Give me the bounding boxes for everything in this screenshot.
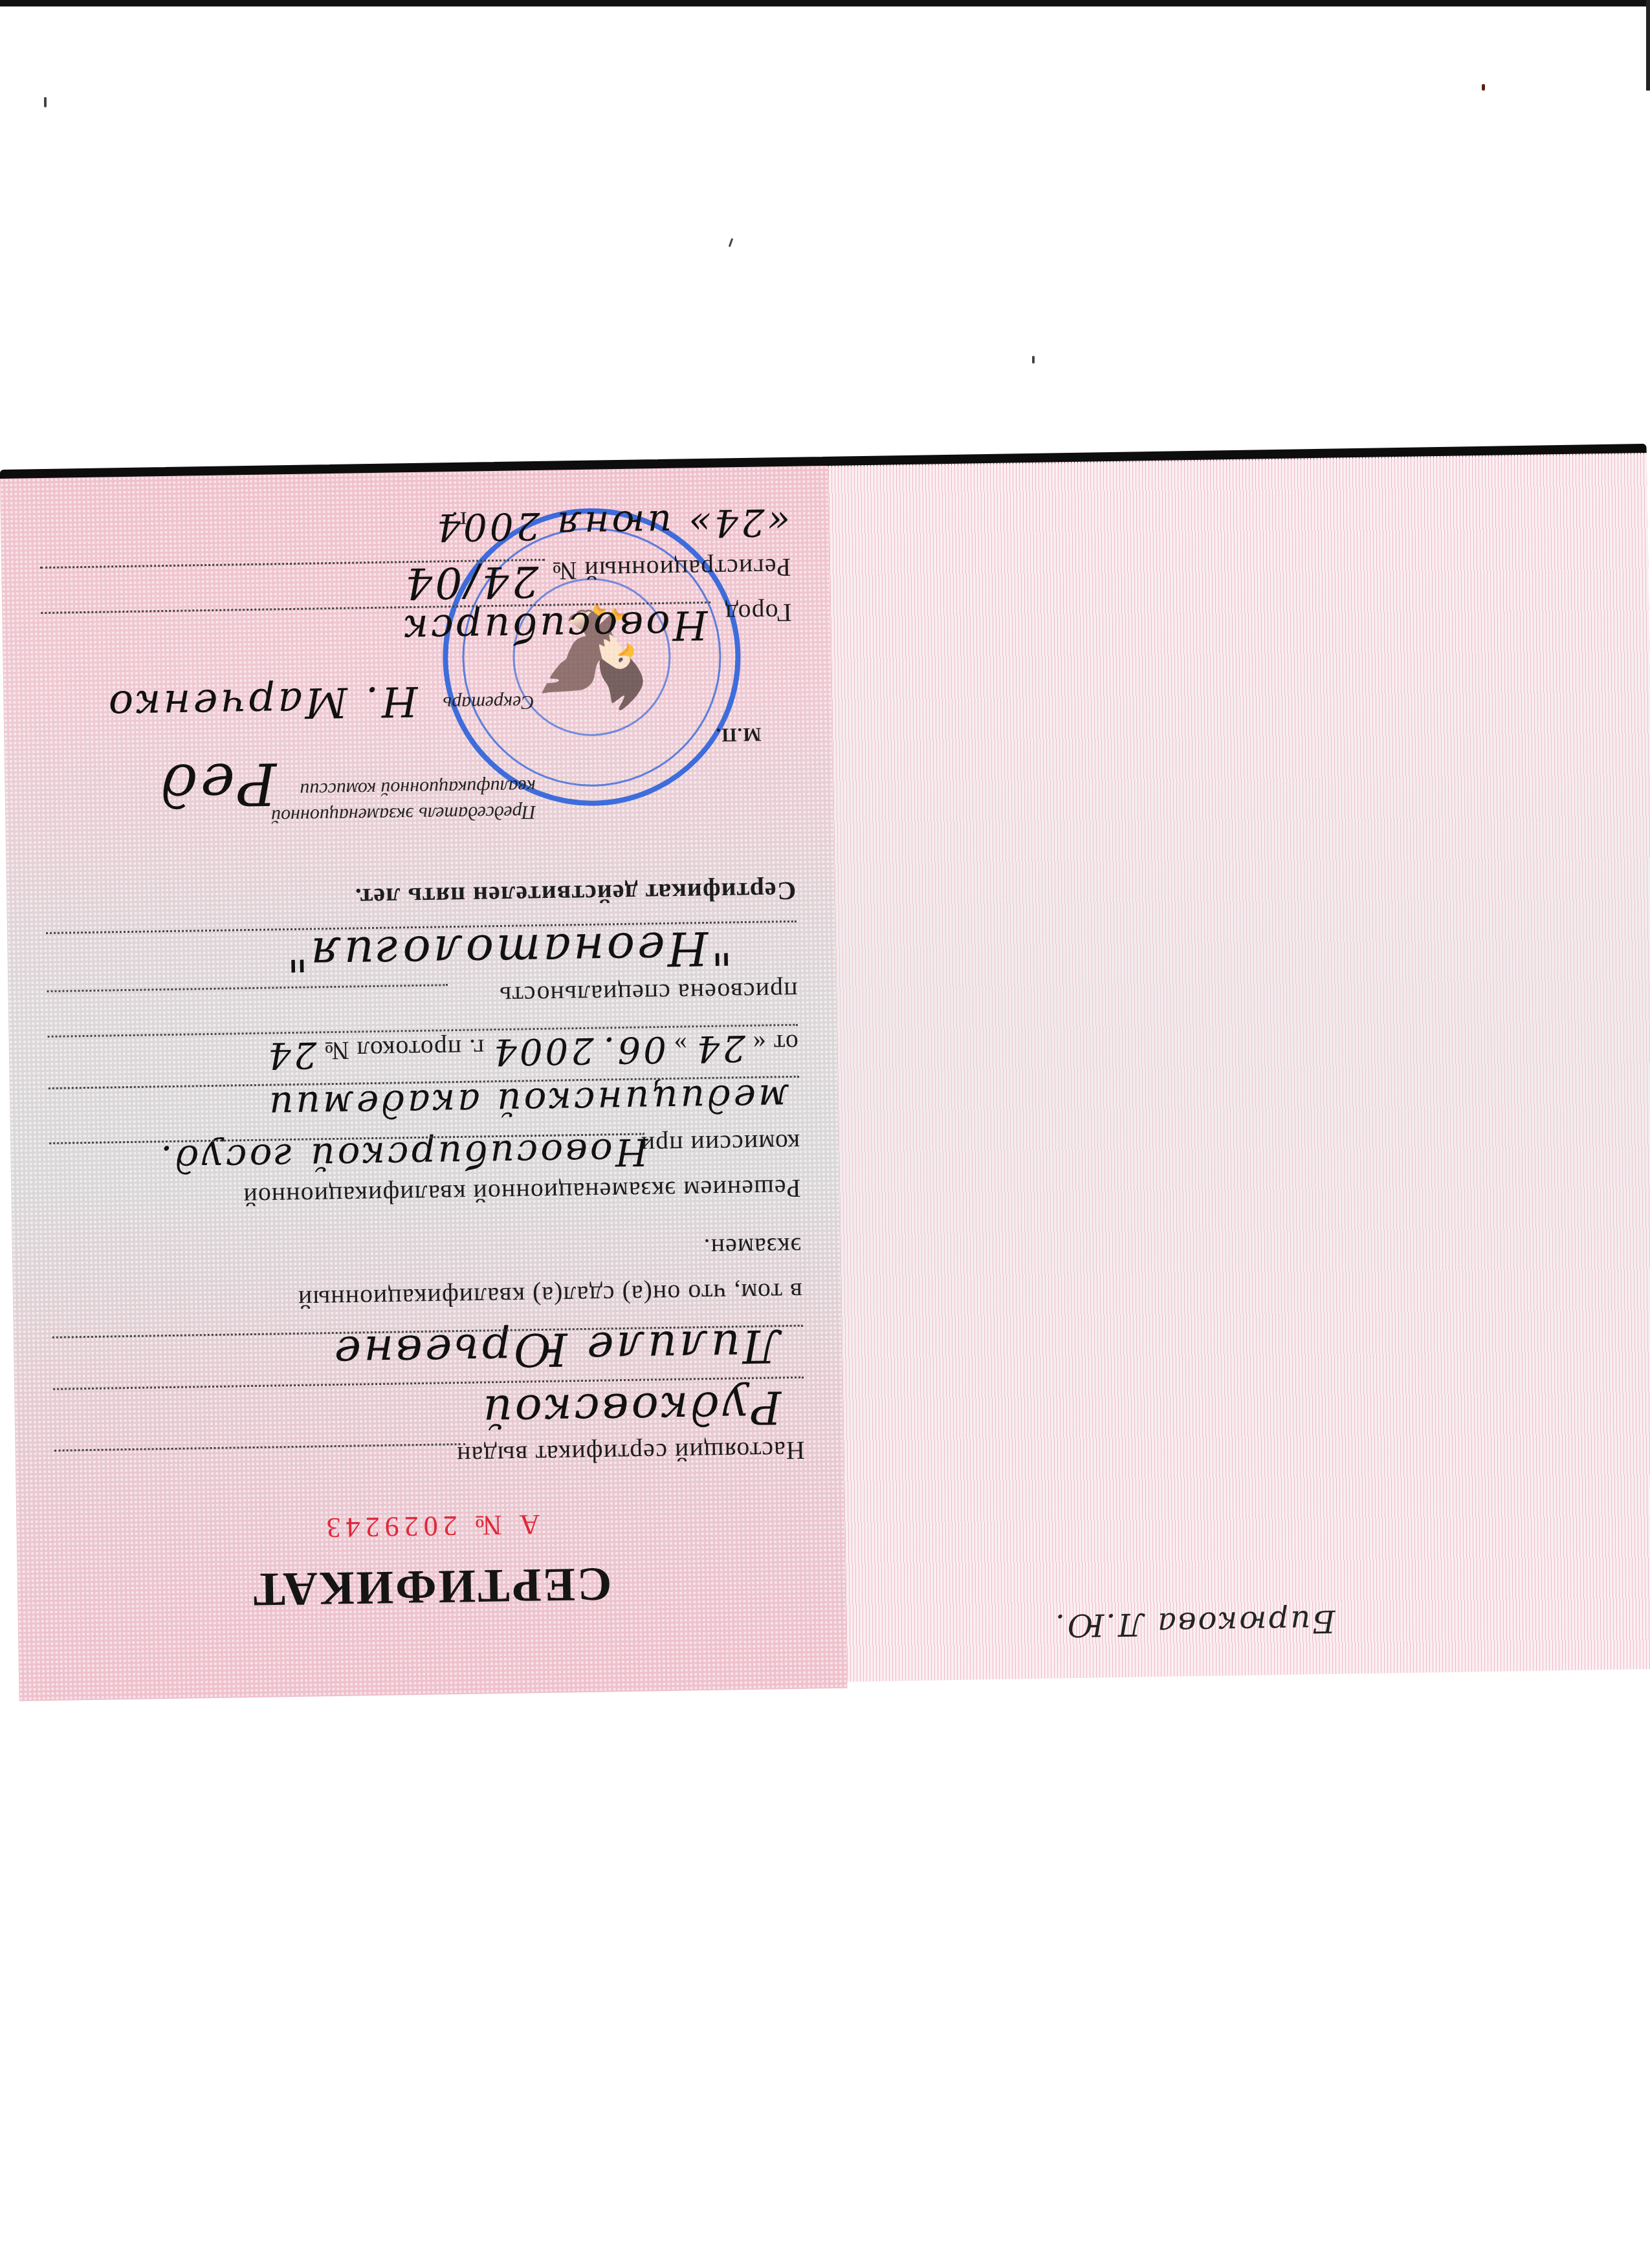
secretary-signature: Н. Марченко: [105, 677, 418, 730]
serial-number: А № 2029243: [16, 1503, 845, 1549]
certificate-right-page: Бирюкова Л.Ю.: [828, 453, 1650, 1682]
specialty-label: присвоена специальность: [47, 976, 798, 1018]
protocol-day: 24: [694, 1027, 745, 1069]
certificate-spread: СЕРТИФИКАТ А № 2029243 Настоящий сертифи…: [0, 453, 1650, 1727]
registration-value: 24/04: [402, 556, 539, 608]
protocol-mid: г. протокол №: [324, 1034, 484, 1065]
issued-label: Настоящий сертификат выдан: [54, 1435, 806, 1477]
certificate-left-page: СЕРТИФИКАТ А № 2029243 Настоящий сертифи…: [0, 466, 848, 1701]
protocol-prefix: от «: [753, 1029, 799, 1059]
protocol-month: 06.: [600, 1028, 666, 1071]
protocol-number: 24: [265, 1033, 317, 1076]
official-stamp: 🦅: [441, 506, 743, 808]
chair-label-2: квалификационной комиссии: [300, 775, 536, 801]
scan-border: [0, 0, 1650, 6]
issue-date: «24» июня 2004: [434, 500, 790, 550]
handwritten-note: Бирюкова Л.Ю.: [1053, 1603, 1336, 1644]
issue-date-suffix: г.: [39, 506, 467, 543]
dust-speck: [44, 97, 47, 107]
rotated-content: СЕРТИФИКАТ А № 2029243 Настоящий сертифи…: [0, 466, 848, 1701]
exam-text-2: экзамен.: [51, 1232, 802, 1274]
holder-surname: Рудковской: [480, 1380, 782, 1438]
certificate-title: СЕРТИФИКАТ: [17, 1553, 846, 1620]
secretary-label: Секретарь: [443, 691, 534, 714]
protocol-quote: »: [673, 1030, 687, 1060]
specialty-value: "Неонатология": [283, 921, 732, 982]
exam-text-1: в том, что он(а) сдал(а) квалификационны…: [52, 1277, 803, 1319]
city-value: Новосибирск: [402, 602, 709, 653]
chair-signature: Ред: [158, 749, 277, 819]
validity-text: Сертификат действителен пять лет.: [45, 876, 797, 918]
dust-speck: [1032, 356, 1035, 364]
dust-speck: [729, 238, 734, 247]
chair-label-1: Председатель экзаменационной: [271, 801, 536, 827]
dust-speck: [1482, 84, 1485, 91]
protocol-year: 2004: [491, 1029, 595, 1073]
scan-border: [1646, 0, 1650, 91]
